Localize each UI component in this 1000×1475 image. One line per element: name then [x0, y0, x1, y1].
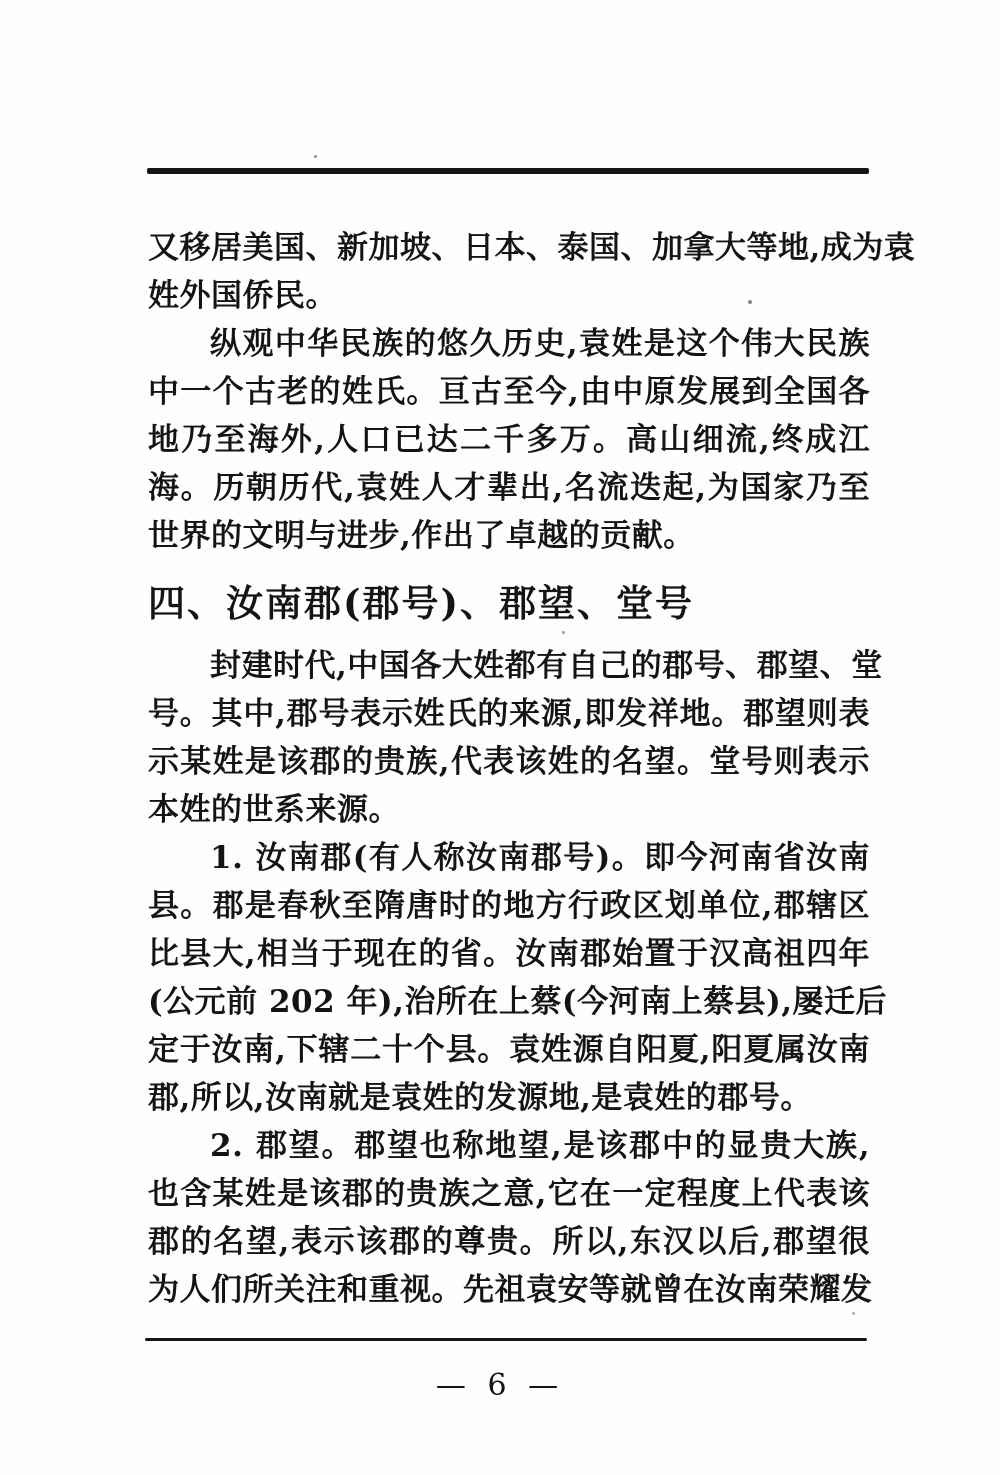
text-line: 号。其中,郡号表示姓氏的来源,即发祥地。郡望则表	[148, 690, 870, 738]
text-line: 姓外国侨民。	[148, 272, 870, 320]
paragraph-continuation: 又移居美国、新加坡、日本、泰国、加拿大等地,成为袁 姓外国侨民。	[148, 224, 870, 320]
text-line: 世界的文明与进步,作出了卓越的贡献。	[148, 512, 870, 560]
text-line: 地乃至海外,人口已达二千多万。高山细流,终成江	[148, 416, 870, 464]
paragraph-numbered-1: 1. 汝南郡(有人称汝南郡号)。即今河南省汝南 县。郡是春秋至隋唐时的地方行政区…	[148, 834, 870, 1122]
scan-speck	[748, 300, 752, 304]
text-line: 比县大,相当于现在的省。汝南郡始置于汉高祖四年	[148, 930, 870, 978]
text-line: 1. 汝南郡(有人称汝南郡号)。即今河南省汝南	[148, 834, 870, 882]
text-line: 郡的名望,表示该郡的尊贵。所以,东汉以后,郡望很	[148, 1218, 870, 1266]
text-line: 也含某姓是该郡的贵族之意,它在一定程度上代表该	[148, 1170, 870, 1218]
paragraph: 纵观中华民族的悠久历史,袁姓是这个伟大民族 中一个古老的姓氏。亘古至今,由中原发…	[148, 320, 870, 560]
paragraph-numbered-2: 2. 郡望。郡望也称地望,是该郡中的显贵大族, 也含某姓是该郡的贵族之意,它在一…	[148, 1122, 870, 1314]
text-line: (公元前 202 年),治所在上蔡(今河南上蔡县),屡迁后	[148, 978, 870, 1026]
text-line: 中一个古老的姓氏。亘古至今,由中原发展到全国各	[148, 368, 870, 416]
text-line: 定于汝南,下辖二十个县。袁姓源自阳夏,阳夏属汝南	[148, 1026, 870, 1074]
text-line: 郡,所以,汝南就是袁姓的发源地,是袁姓的郡号。	[148, 1074, 870, 1122]
scan-speck	[314, 155, 317, 158]
text-line: 为人们所关注和重视。先祖袁安等就曾在汝南荣耀发	[148, 1266, 870, 1314]
text-line: 县。郡是春秋至隋唐时的地方行政区划单位,郡辖区	[148, 882, 870, 930]
text-line: 封建时代,中国各大姓都有自己的郡号、郡望、堂	[148, 642, 870, 690]
scan-speck	[852, 1312, 855, 1315]
text-line: 本姓的世系来源。	[148, 786, 870, 834]
text-line: 示某姓是该郡的贵族,代表该姓的名望。堂号则表示	[148, 738, 870, 786]
page-number: — 6 —	[0, 1368, 1000, 1403]
text-line: 纵观中华民族的悠久历史,袁姓是这个伟大民族	[148, 320, 870, 368]
book-page: 又移居美国、新加坡、日本、泰国、加拿大等地,成为袁 姓外国侨民。 纵观中华民族的…	[0, 0, 1000, 1475]
paragraph: 封建时代,中国各大姓都有自己的郡号、郡望、堂 号。其中,郡号表示姓氏的来源,即发…	[148, 642, 870, 834]
page-content: 又移居美国、新加坡、日本、泰国、加拿大等地,成为袁 姓外国侨民。 纵观中华民族的…	[148, 224, 870, 1314]
text-line: 又移居美国、新加坡、日本、泰国、加拿大等地,成为袁	[148, 224, 870, 272]
section-heading: 四、汝南郡(郡号)、郡望、堂号	[148, 574, 870, 632]
text-line: 海。历朝历代,袁姓人才辈出,名流迭起,为国家乃至	[148, 464, 870, 512]
text-line: 2. 郡望。郡望也称地望,是该郡中的显贵大族,	[148, 1122, 870, 1170]
bottom-rule	[145, 1338, 867, 1341]
scan-speck	[562, 631, 565, 634]
top-rule	[147, 168, 869, 174]
